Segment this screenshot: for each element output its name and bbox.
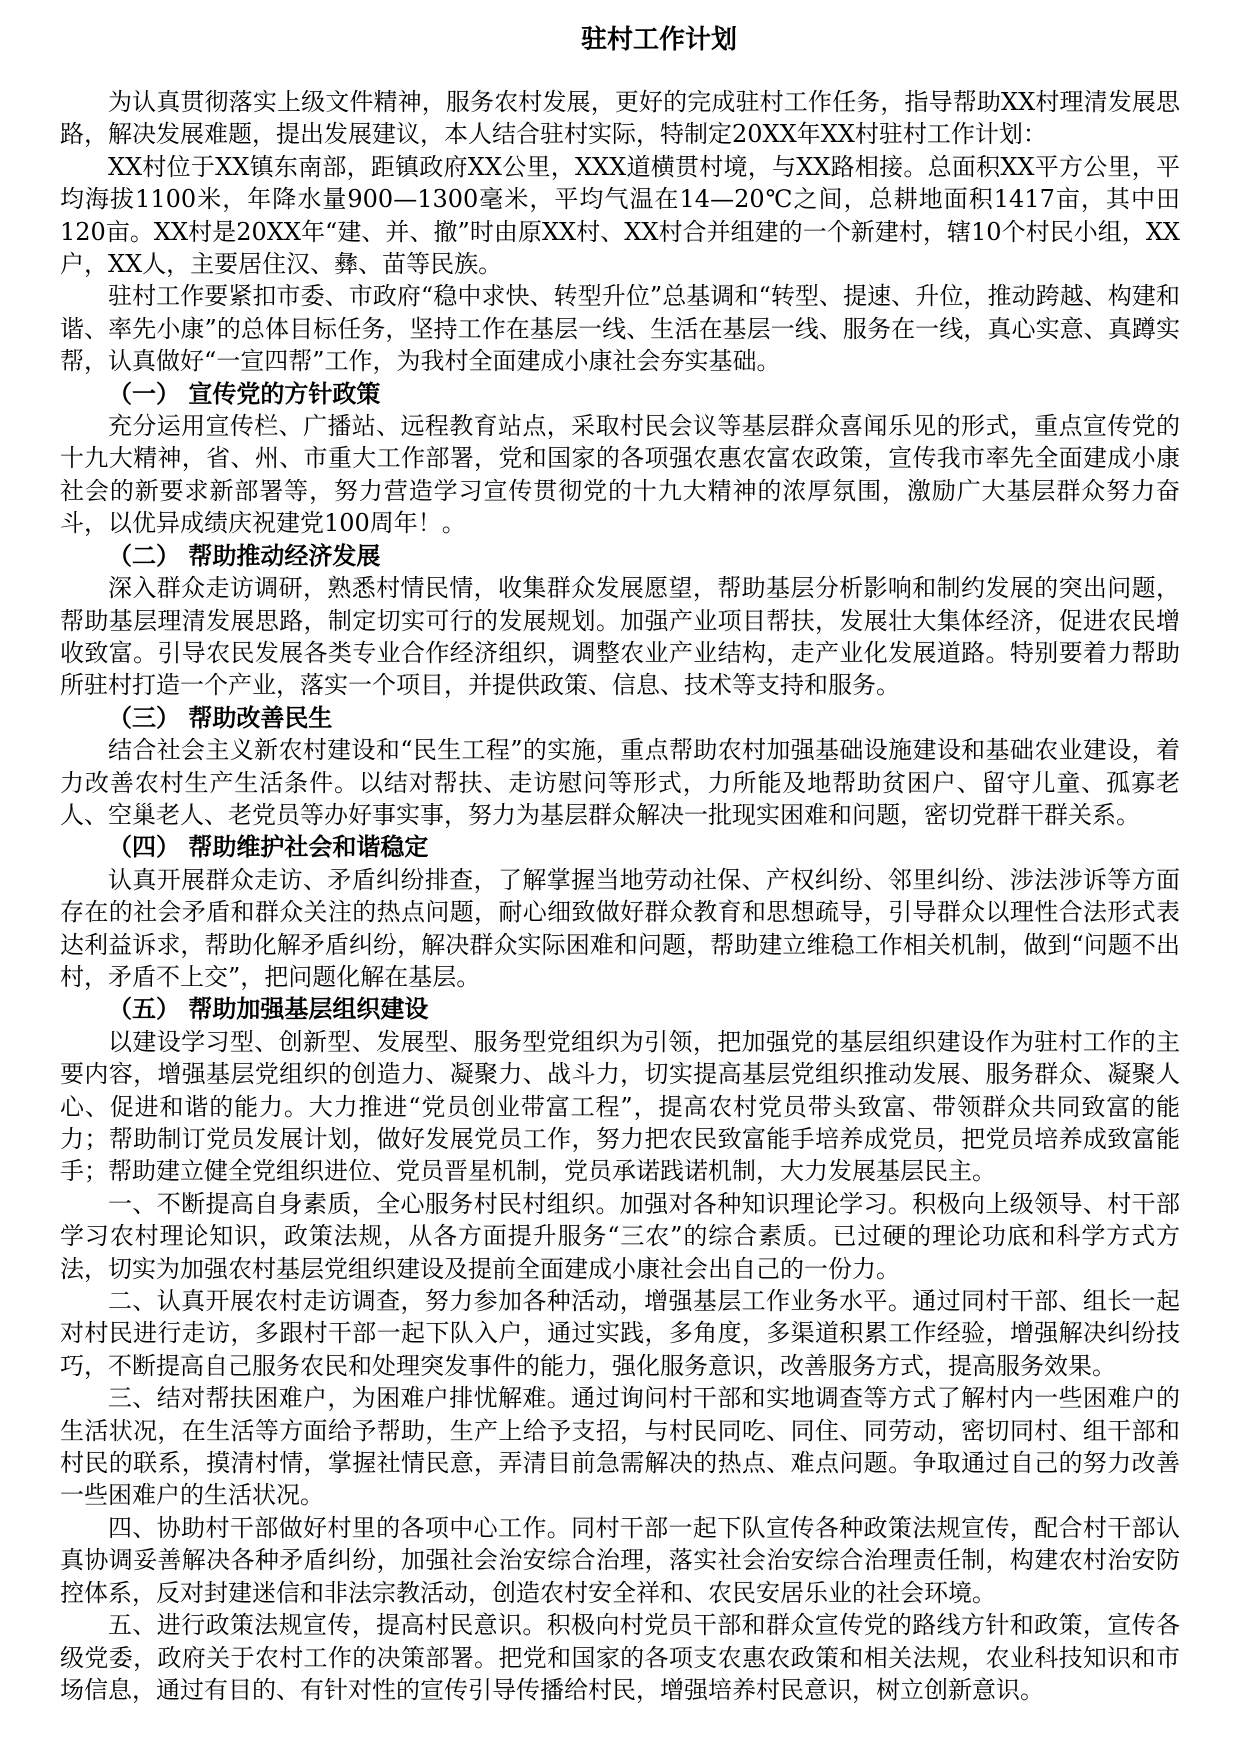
section-heading-1: （一） 宣传党的方针政策 [60,378,1180,410]
section-heading-4: （四） 帮助维护社会和谐稳定 [60,831,1180,863]
paragraph-general-requirements: 驻村工作要紧扣市委、市政府“稳中求快、转型升位”总基调和“转型、提速、升位，推动… [60,280,1180,377]
paragraph-item-2: 二、认真开展农村走访调查，努力参加各种活动，增强基层工作业务水平。通过同村干部、… [60,1285,1180,1382]
paragraph-item-4: 四、协助村干部做好村里的各项中心工作。同村干部一起下队宣传各种政策法规宣传，配合… [60,1512,1180,1609]
paragraph-intro: 为认真贯彻落实上级文件精神，服务农村发展，更好的完成驻村工作任务，指导帮助XX村… [60,86,1180,151]
document-page: 驻村工作计划 为认真贯彻落实上级文件精神，服务农村发展，更好的完成驻村工作任务，… [0,0,1240,1754]
paragraph-section-4: 认真开展群众走访、矛盾纠纷排查，了解掌握当地劳动社保、产权纠纷、邻里纠纷、涉法涉… [60,864,1180,994]
paragraph-section-3: 结合社会主义新农村建设和“民生工程”的实施，重点帮助农村加强基础设施建设和基础农… [60,734,1180,831]
paragraph-section-2: 深入群众走访调研，熟悉村情民情，收集群众发展愿望，帮助基层分析影响和制约发展的突… [60,572,1180,702]
paragraph-item-1: 一、不断提高自身素质，全心服务村民村组织。加强对各种知识理论学习。积极向上级领导… [60,1188,1180,1285]
paragraph-section-1: 充分运用宣传栏、广播站、远程教育站点，采取村民会议等基层群众喜闻乐见的形式，重点… [60,410,1180,540]
doc-title: 驻村工作计划 [60,18,1180,62]
paragraph-item-3: 三、结对帮扶困难户，为困难户排忧解难。通过询问村干部和实地调查等方式了解村内一些… [60,1382,1180,1512]
section-heading-2: （二） 帮助推动经济发展 [60,540,1180,572]
paragraph-item-5: 五、进行政策法规宣传，提高村民意识。积极向村党员干部和群众宣传党的路线方针和政策… [60,1609,1180,1706]
section-heading-3: （三） 帮助改善民生 [60,702,1180,734]
paragraph-section-5: 以建设学习型、创新型、发展型、服务型党组织为引领，把加强党的基层组织建设作为驻村… [60,1026,1180,1188]
paragraph-village-overview: XX村位于XX镇东南部，距镇政府XX公里，XXX道横贯村境，与XX路相接。总面积… [60,151,1180,281]
section-heading-5: （五） 帮助加强基层组织建设 [60,993,1180,1025]
